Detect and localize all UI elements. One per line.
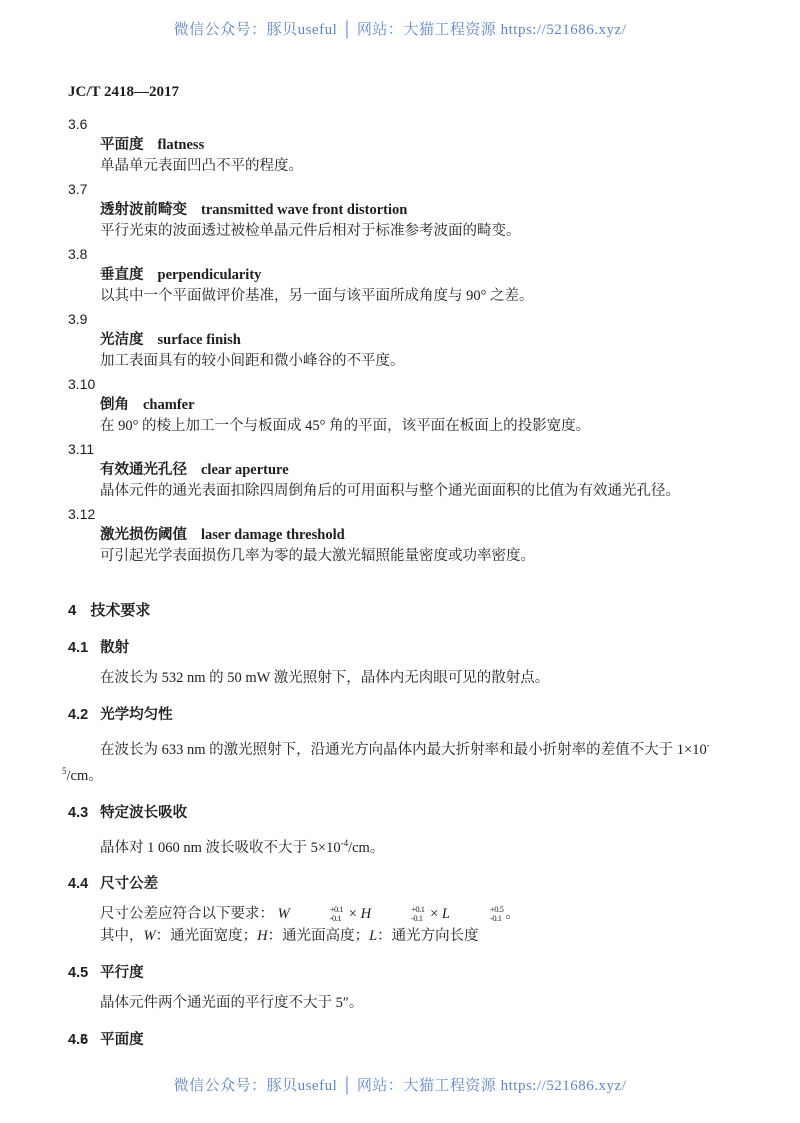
- term-en: clear aperture: [201, 462, 289, 478]
- subsection-number: 4.4: [68, 876, 88, 892]
- definition-item: 3.10 倒角chamfer 在 90° 的棱上加工一个与板面成 45° 角的平…: [62, 374, 742, 437]
- term-line: 光洁度surface finish: [62, 330, 742, 351]
- watermark-top: 微信公众号：豚贝useful │ 网站：大猫工程资源 https://52168…: [0, 18, 800, 39]
- tolerance-lower: -0.1: [292, 914, 343, 923]
- page-number: 2: [80, 1032, 87, 1048]
- legend-text: ：通光面宽度；: [156, 928, 258, 944]
- watermark-bottom: 微信公众号：豚贝useful │ 网站：大猫工程资源 https://52168…: [0, 1074, 800, 1095]
- definition-text: 可引起光学表面损伤几率为零的最大激光辐照能量密度或功率密度。: [62, 546, 742, 567]
- multiply-sign: ×: [430, 906, 438, 922]
- subsection-heading: 4.1散射: [62, 637, 742, 659]
- definition-text: 以其中一个平面做评价基准，另一面与该平面所成角度与 90° 之差。: [62, 286, 742, 307]
- document-page: 微信公众号：豚贝useful │ 网站：大猫工程资源 https://52168…: [0, 0, 800, 1123]
- paragraph-text: /cm。: [348, 839, 384, 855]
- definition-item: 3.11 有效通光孔径clear aperture 晶体元件的通光表面扣除四周倒…: [62, 439, 742, 502]
- definition-item: 3.7 透射波前畸变transmitted wave front distort…: [62, 179, 742, 242]
- formula-symbol-l: L: [442, 906, 450, 922]
- term-cn: 激光损伤阈值: [100, 527, 187, 543]
- term-cn: 倒角: [100, 397, 129, 413]
- clause-number: 3.12: [62, 504, 742, 525]
- term-line: 垂直度perpendicularity: [62, 265, 742, 286]
- tolerance-l: +0.5-0.1: [452, 905, 503, 923]
- subsection-number: 4.3: [68, 805, 88, 821]
- term-en: surface finish: [158, 332, 241, 348]
- tolerance-lower: -0.1: [373, 914, 424, 923]
- clause-number: 3.7: [62, 179, 742, 200]
- clause-number: 3.11: [62, 439, 742, 460]
- definition-text: 单晶单元表面凹凸不平的程度。: [62, 156, 742, 177]
- paragraph: 晶体对 1 060 nm 波长吸收不大于 5×10-4/cm。: [62, 833, 742, 859]
- doc-code: JC/T 2418—2017: [62, 82, 742, 102]
- multiply-sign: ×: [349, 906, 357, 922]
- term-line: 激光损伤阈值laser damage threshold: [62, 525, 742, 546]
- term-line: 有效通光孔径clear aperture: [62, 460, 742, 481]
- formula-symbol-h: H: [361, 906, 371, 922]
- formula-symbol-w: W: [278, 906, 290, 922]
- term-line: 平面度flatness: [62, 135, 742, 156]
- clause-number: 3.8: [62, 244, 742, 265]
- tolerance-lower: -0.1: [452, 914, 503, 923]
- paragraph-text: 在波长为 633 nm 的激光照射下，沿通光方向晶体内最大折射率和最小折射率的差…: [100, 742, 707, 758]
- section-number: 4: [68, 602, 76, 619]
- paragraph: 晶体元件两个通光面的平行度不大于 5″。: [62, 993, 742, 1014]
- clause-number: 3.9: [62, 309, 742, 330]
- paragraph: 在波长为 633 nm 的激光照射下，沿通光方向晶体内最大折射率和最小折射率的差…: [62, 735, 742, 787]
- section-title: 技术要求: [90, 602, 150, 619]
- paragraph-text: 晶体对 1 060 nm 波长吸收不大于 5×10: [100, 839, 341, 855]
- definition-item: 3.6 平面度flatness 单晶单元表面凹凸不平的程度。: [62, 114, 742, 177]
- definition-text: 在 90° 的棱上加工一个与板面成 45° 角的平面，该平面在板面上的投影宽度。: [62, 416, 742, 437]
- subsection-title: 平行度: [100, 965, 144, 981]
- term-cn: 垂直度: [100, 267, 144, 283]
- subsection-title: 散射: [100, 640, 129, 656]
- term-cn: 光洁度: [100, 332, 144, 348]
- definition-item: 3.9 光洁度surface finish 加工表面具有的较小间距和微小峰谷的不…: [62, 309, 742, 372]
- subsection-heading: 4.6平面度: [62, 1029, 742, 1051]
- clause-number: 3.10: [62, 374, 742, 395]
- subsection-title: 平面度: [100, 1032, 144, 1048]
- term-en: perpendicularity: [158, 267, 262, 283]
- section-heading: 4技术要求: [62, 600, 742, 622]
- legend-text: 其中，: [100, 928, 144, 944]
- subsection-heading: 4.5平行度: [62, 962, 742, 984]
- subsection-title: 尺寸公差: [100, 876, 158, 892]
- paragraph-text: /cm。: [67, 768, 103, 784]
- clause-number: 3.6: [62, 114, 742, 135]
- subsection-title: 特定波长吸收: [100, 805, 187, 821]
- tolerance-h: +0.1-0.1: [373, 905, 424, 923]
- term-cn: 透射波前畸变: [100, 202, 187, 218]
- subsection-heading: 4.3特定波长吸收: [62, 802, 742, 824]
- term-line: 透射波前畸变transmitted wave front distortion: [62, 200, 742, 221]
- page-content: JC/T 2418—2017 3.6 平面度flatness 单晶单元表面凹凸不…: [62, 82, 742, 1051]
- definition-text: 平行光束的波面透过被检单晶元件后相对于标准参考波面的畸变。: [62, 221, 742, 242]
- legend-symbol-h: H: [257, 928, 267, 944]
- definition-item: 3.8 垂直度perpendicularity 以其中一个平面做评价基准，另一面…: [62, 244, 742, 307]
- legend-symbol-w: W: [144, 928, 156, 944]
- subsection-title: 光学均匀性: [100, 707, 173, 723]
- term-en: flatness: [158, 137, 205, 153]
- paragraph: 在波长为 532 nm 的 50 mW 激光照射下，晶体内无肉眼可见的散射点。: [62, 668, 742, 689]
- dimension-formula: 尺寸公差应符合以下要求： W+0.1-0.1 × H+0.1-0.1 × L+0…: [62, 904, 742, 925]
- term-cn: 有效通光孔径: [100, 462, 187, 478]
- tolerance-w: +0.1-0.1: [292, 905, 343, 923]
- subsection-number: 4.5: [68, 965, 88, 981]
- term-cn: 平面度: [100, 137, 144, 153]
- legend-text: ：通光方向长度: [377, 928, 479, 944]
- definition-item: 3.12 激光损伤阈值laser damage threshold 可引起光学表…: [62, 504, 742, 567]
- subsection-number: 4.2: [68, 707, 88, 723]
- subsection-heading: 4.2光学均匀性: [62, 704, 742, 726]
- subsection-heading: 4.4尺寸公差: [62, 873, 742, 895]
- formula-legend: 其中，W：通光面宽度；H：通光面高度；L：通光方向长度: [62, 926, 742, 947]
- term-en: chamfer: [143, 397, 195, 413]
- definition-text: 晶体元件的通光表面扣除四周倒角后的可用面积与整个通光面面积的比值为有效通光孔径。: [62, 481, 742, 502]
- subsection-number: 4.1: [68, 640, 88, 656]
- legend-text: ：通光面高度；: [268, 928, 370, 944]
- formula-prefix: 尺寸公差应符合以下要求：: [100, 906, 274, 922]
- formula-period: 。: [505, 906, 520, 922]
- definition-text: 加工表面具有的较小间距和微小峰谷的不平度。: [62, 351, 742, 372]
- exponent: -4: [341, 838, 349, 848]
- term-line: 倒角chamfer: [62, 395, 742, 416]
- term-en: transmitted wave front distortion: [201, 202, 407, 218]
- term-en: laser damage threshold: [201, 527, 345, 543]
- legend-symbol-l: L: [369, 928, 377, 944]
